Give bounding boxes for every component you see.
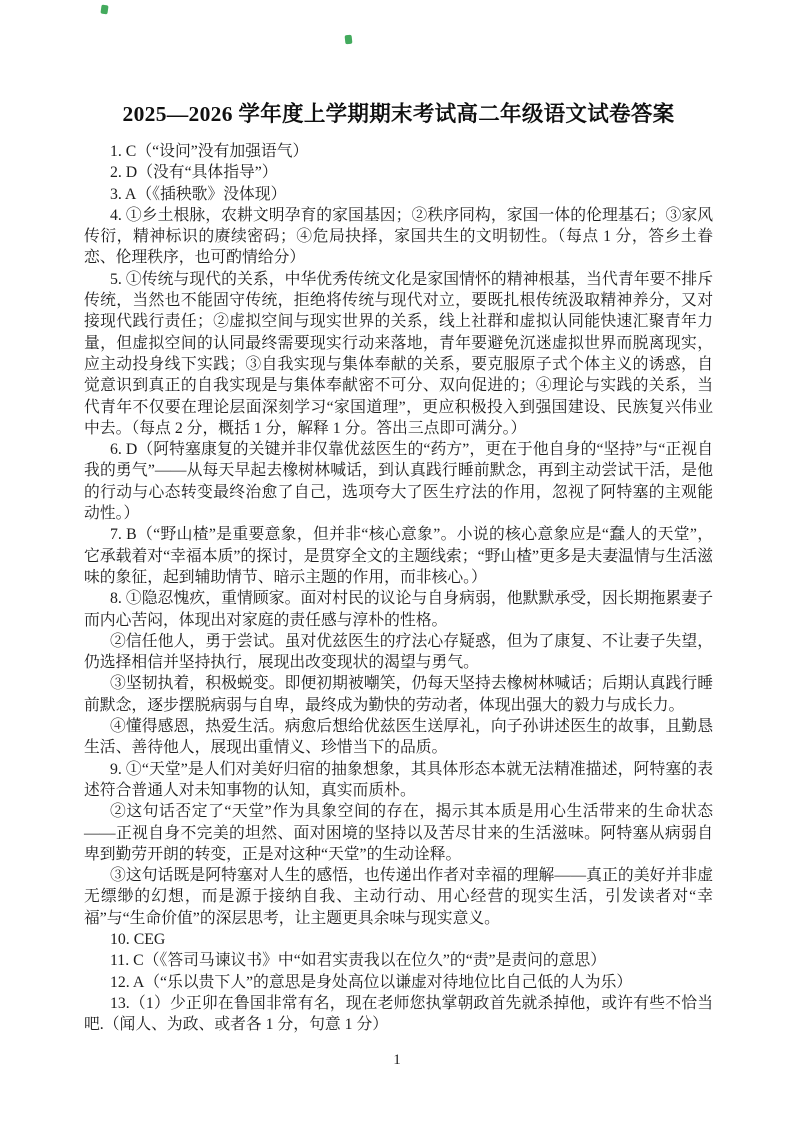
- answer-10: 10. CEG: [84, 929, 713, 950]
- scan-speck: [100, 5, 108, 15]
- answer-8-point-2: ②信任他人，勇于尝试。虽对优兹医生的疗法心存疑惑，但为了康复、不让妻子失望，仍选…: [84, 631, 713, 674]
- answer-2: 2. D（没有“具体指导”）: [84, 162, 713, 183]
- answer-12: 12. A（“乐以贵下人”的意思是身处高位以谦虚对待地位比自己低的人为乐）: [84, 972, 713, 993]
- answer-6: 6. D（阿特塞康复的关键并非仅靠优兹医生的“药方”，更在于他自身的“坚持”与“…: [84, 439, 713, 524]
- document-page: 2025—2026 学年度上学期期末考试高二年级语文试卷答案 1. C（“设问”…: [0, 0, 794, 1123]
- answer-4: 4. ①乡土根脉，农耕文明孕育的家国基因；②秩序同构，家国一体的伦理基石；③家风…: [84, 205, 713, 269]
- answer-9-point-2: ②这句话否定了“天堂”作为具象空间的存在，揭示其本质是用心生活带来的生命状态——…: [84, 801, 713, 865]
- answer-7: 7. B（“野山楂”是重要意象，但并非“核心意象”。小说的核心意象应是“蠢人的天…: [84, 524, 713, 588]
- answer-sheet: 2025—2026 学年度上学期期末考试高二年级语文试卷答案 1. C（“设问”…: [84, 97, 713, 1035]
- answer-9-point-3: ③这句话既是阿特塞对人生的感悟，也传递出作者对幸福的理解——真正的美好并非虚无缥…: [84, 865, 713, 929]
- answer-5: 5. ①传统与现代的关系，中华优秀传统文化是家国情怀的精神根基，当代青年要不排斥…: [84, 269, 713, 439]
- page-title: 2025—2026 学年度上学期期末考试高二年级语文试卷答案: [84, 97, 713, 128]
- page-number: 1: [0, 1052, 794, 1069]
- answer-8-point-1: 8. ①隐忍愧疚，重情顾家。面对村民的议论与自身病弱，他默默承受，因长期拖累妻子…: [84, 588, 713, 631]
- answer-13: 13.（1）少正卯在鲁国非常有名，现在老师您执掌朝政首先就杀掉他，或许有些不恰当…: [84, 993, 713, 1036]
- answer-11: 11. C（《答司马谏议书》中“如君实责我以在位久”的“责”是责问的意思）: [84, 950, 713, 971]
- answer-9-point-1: 9. ①“天堂”是人们对美好归宿的抽象想象，其具体形态本就无法精准描述，阿特塞的…: [84, 759, 713, 802]
- answer-8-point-4: ④懂得感恩，热爱生活。病愈后想给优兹医生送厚礼，向子孙讲述医生的故事，且勤恳生活…: [84, 716, 713, 759]
- answer-8-point-3: ③坚韧执着，积极蜕变。即便初期被嘲笑，仍每天坚持去橡树林喊话；后期认真践行睡前默…: [84, 673, 713, 716]
- answer-1: 1. C（“设问”没有加强语气）: [84, 141, 713, 162]
- scan-speck: [345, 35, 353, 45]
- answer-3: 3. A（《插秧歌》没体现）: [84, 184, 713, 205]
